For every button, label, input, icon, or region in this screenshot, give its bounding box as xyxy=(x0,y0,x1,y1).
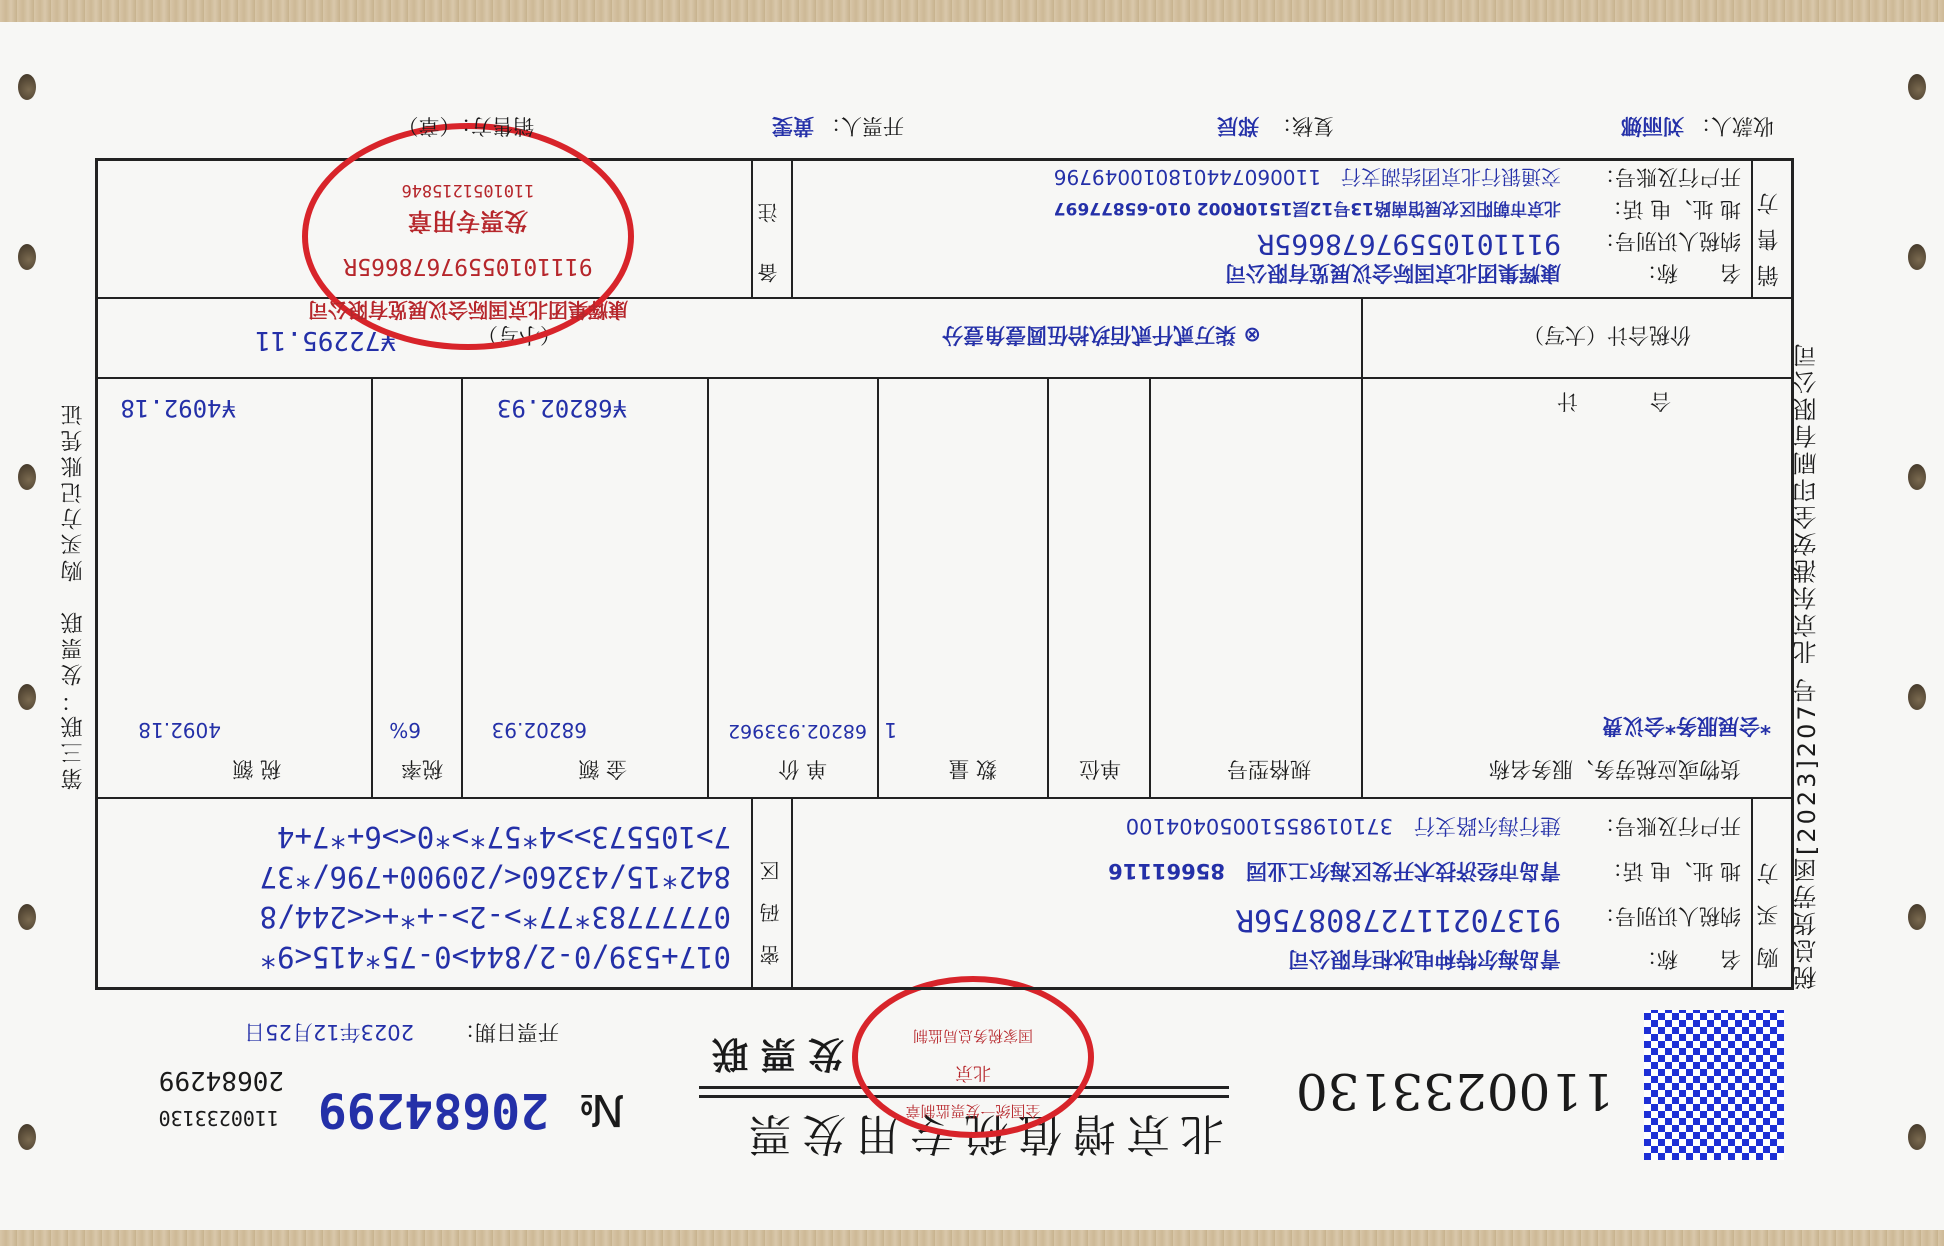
total-amount: ¥68202.93 xyxy=(497,394,627,422)
invoice-copy-label: 发票联 xyxy=(700,1031,844,1082)
buyer-bank: 建行海尔路支行 37101985510050404100 xyxy=(1126,812,1561,842)
col-spec: 规格型号 xyxy=(1150,378,1362,798)
perforation-hole xyxy=(1908,904,1926,930)
seller-info: 名 称： 康辉集团北京国际会议展览有限公司 纳税人识别号： 9111010559… xyxy=(792,160,1752,298)
perforation-hole xyxy=(18,244,36,270)
perforation-hole xyxy=(1908,1124,1926,1150)
cipher-label: 密码区 xyxy=(756,839,785,965)
header-unit: 单位 xyxy=(1079,755,1121,785)
perforation-hole xyxy=(18,904,36,930)
notes-label: 备注 xyxy=(754,163,783,283)
header-amount: 金 额 xyxy=(578,755,627,785)
seller-address-label: 地 址、电 话： xyxy=(1602,195,1741,225)
buyer-section-label-cell: 购买方 xyxy=(1752,798,1792,988)
cipher-line: 07777783*77*>-2>-+*+<<244/8 xyxy=(260,897,731,937)
header-spec: 规格型号 xyxy=(1227,755,1311,785)
col-price: 单 价 68202.933962 xyxy=(708,378,878,798)
grand-total-values: ⊗ 柒万贰仟贰佰玖拾伍圆壹角壹分 （小写） ¥72295.11 xyxy=(97,298,1362,378)
col-tax: 税 额 4092.18 ¥4092.18 xyxy=(97,378,372,798)
seller-invoice-seal: 康辉集团北京国际会议展览有限公司 91110105597678665R 发票专用… xyxy=(302,123,634,350)
buyer-address: 青岛市经济技术开发区海尔工业园 85661116 xyxy=(1108,857,1561,887)
seller-section-label: 销售方 xyxy=(1754,179,1785,287)
buyer-address-label: 地 址、电 话： xyxy=(1602,857,1741,887)
perforation-hole xyxy=(1908,684,1926,710)
col-unit: 单位 xyxy=(1048,378,1150,798)
grand-total-label: 价税合计（大写） xyxy=(1523,321,1691,351)
seller-bank-label: 开户行及账号： xyxy=(1594,163,1741,193)
grand-total-label-cell: 价税合计（大写） xyxy=(1362,298,1792,378)
qr-code-icon xyxy=(1644,1010,1784,1160)
invoice-number-small: 20684299 xyxy=(159,1065,284,1095)
header-qty: 数 量 xyxy=(948,755,997,785)
payee-label: 收款人： xyxy=(1690,112,1774,142)
invoice-code-small: 1100233130 xyxy=(159,1106,279,1130)
buyer-info: 名 称： 青岛海尔特种电冰柜有限公司 纳税人识别号： 9137021172780… xyxy=(792,798,1752,988)
header-item-name: 货物或应税劳务、服务名称 xyxy=(1489,755,1741,785)
perforation-hole xyxy=(18,684,36,710)
seal-text: 全国统一发票监制章 xyxy=(858,1101,1088,1122)
tax-bureau-seal: 全国统一发票监制章 北京 国家税务总局监制 xyxy=(852,976,1094,1138)
col-amount: 金 额 68202.93 ¥68202.93 xyxy=(462,378,708,798)
invoice-sheet: 1100233130 北京增值税专用发票 发票联 全国统一发票监制章 北京 国家… xyxy=(0,22,1944,1230)
cipher-lines: 017+539/0-2/844>0-75*415<9* 07777783*77*… xyxy=(260,817,731,977)
seal-type: 发票专用章 xyxy=(308,206,628,241)
copy-designation: 第三联：发票联 购买方记账凭证 xyxy=(58,400,89,790)
item-price: 68202.933962 xyxy=(728,720,867,742)
cipher-area: 017+539/0-2/844>0-75*415<9* 07777783*77*… xyxy=(97,798,752,988)
reviewer: 郑辰 xyxy=(1217,112,1259,142)
cipher-label-cell: 密码区 xyxy=(752,798,792,988)
seller-name: 康辉集团北京国际会议展览有限公司 xyxy=(1225,259,1561,289)
seller-name-label: 名 称： xyxy=(1636,259,1741,289)
seller-address: 北京市朝阳区农展馆南路13号12层1510R002 010-65877697 xyxy=(1054,198,1561,223)
buyer-taxid-label: 纳税人识别号： xyxy=(1594,902,1741,932)
item-name: *会展服务*会议费 xyxy=(1602,712,1771,742)
seller-taxid: 91110105597678665R xyxy=(1258,228,1561,261)
cipher-line: 842*15/43260</20900+796/*37 xyxy=(260,857,731,897)
seal-text: 北京 xyxy=(858,1061,1088,1087)
cipher-line: 7>105573>>4*57*>*0<>6+*7+4 xyxy=(260,817,731,857)
seal-code: 1101051215846 xyxy=(308,180,628,200)
seal-company: 康辉集团北京国际会议展览有限公司 xyxy=(308,297,628,326)
total-tax: ¥4092.18 xyxy=(120,394,236,422)
item-tax: 4092.18 xyxy=(138,718,221,742)
seller-taxid-label: 纳税人识别号： xyxy=(1594,227,1741,257)
col-qty: 数 量 1 xyxy=(878,378,1048,798)
col-rate: 税率 6% xyxy=(372,378,462,798)
drawer: 黄雯 xyxy=(772,112,814,142)
perforation-hole xyxy=(1908,244,1926,270)
item-rate: 6% xyxy=(389,718,421,742)
invoice-number: 20684299 xyxy=(318,1082,549,1138)
number-label: № xyxy=(578,1084,624,1135)
grand-total-words: ⊗ 柒万贰仟贰佰玖拾伍圆壹角壹分 xyxy=(942,321,1261,351)
buyer-taxid: 91370211727808756R xyxy=(1236,902,1561,937)
seller-section-label-cell: 销售方 xyxy=(1752,160,1792,298)
header-tax: 税 额 xyxy=(232,755,281,785)
payee: 刘丽娜 xyxy=(1621,112,1684,142)
buyer-section-label: 购买方 xyxy=(1754,843,1785,969)
header-price: 单 价 xyxy=(778,755,827,785)
perforation-hole xyxy=(18,464,36,490)
seal-taxid: 91110105597678665R xyxy=(308,253,628,279)
perforation-hole xyxy=(18,1124,36,1150)
issue-date: 2023年12月25日 xyxy=(244,1018,414,1048)
drawer-label: 开票人： xyxy=(820,112,904,142)
perforation-hole xyxy=(1908,74,1926,100)
perforation-hole xyxy=(18,74,36,100)
cipher-line: 017+539/0-2/844>0-75*415<9* xyxy=(260,937,731,977)
invoice-code: 1100233130 xyxy=(1296,1062,1614,1120)
buyer-name-label: 名 称： xyxy=(1636,945,1741,975)
col-item-name: 货物或应税劳务、服务名称 *会展服务*会议费 合 计 xyxy=(1362,378,1792,798)
buyer-bank-label: 开户行及账号： xyxy=(1594,812,1741,842)
item-qty: 1 xyxy=(884,718,897,742)
buyer-name: 青岛海尔特种电冰柜有限公司 xyxy=(1288,945,1561,975)
seller-bank: 交通银行北京团结湖支行 110060744018010049796 xyxy=(1054,164,1561,193)
item-amount: 68202.93 xyxy=(492,718,587,742)
header-rate: 税率 xyxy=(401,755,443,785)
perforation-hole xyxy=(1908,464,1926,490)
seller-stamp-label: 销售方：（章） xyxy=(398,112,535,142)
notes-label-cell: 备注 xyxy=(752,160,792,298)
date-label: 开票日期： xyxy=(454,1018,559,1048)
total-label: 合 计 xyxy=(1547,387,1671,417)
printer-info: 税总货劳函[2023]207号 北京东港安全印刷有限公司 xyxy=(1789,160,1824,990)
reviewer-label: 复核： xyxy=(1271,112,1334,142)
seal-text: 国家税务总局监制 xyxy=(858,1026,1088,1047)
